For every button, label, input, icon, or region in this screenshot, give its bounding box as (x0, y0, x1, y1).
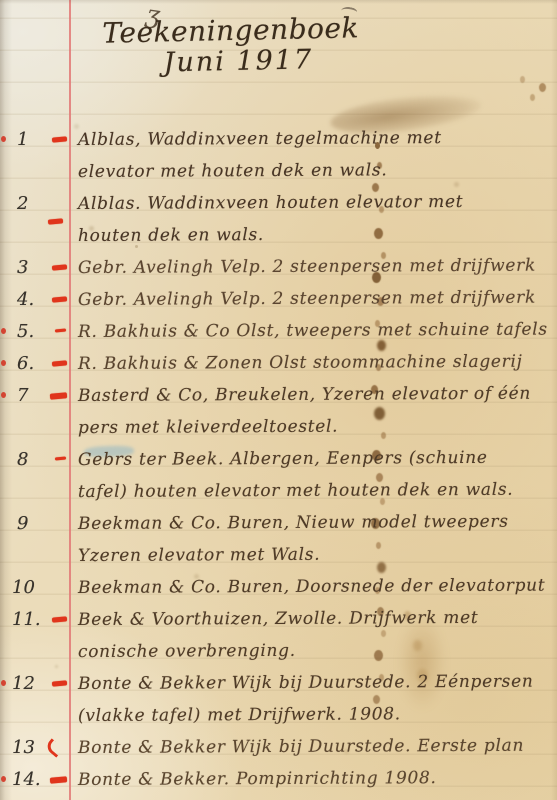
entry-text: R. Bakhuis & Co Olst, tweepers met schui… (78, 316, 553, 348)
entry-line: Beek & Voorthuizen, Zwolle. Drijfwerk me… (78, 602, 553, 636)
red-tick-mark-icon (48, 218, 63, 224)
entry-number-column: 4. (0, 284, 78, 316)
entry-text: R. Bakhuis & Zonen Olst stoommachine sla… (78, 348, 553, 380)
entry-number: 10 (0, 572, 78, 604)
entry-text: Beekman & Co. Buren, Doorsnede der eleva… (78, 572, 553, 604)
ledger-entry: 12 Bonte & Bekker Wijk bij Duurstede. 2 … (0, 668, 553, 732)
entry-line: Bonte & Bekker Wijk bij Duurstede. 2 Eén… (78, 666, 553, 700)
entry-text: Alblas. Waddinxveen houten elevator meth… (78, 188, 553, 252)
ledger-entry: 9 Beekman & Co. Buren, Nieuw model tweep… (0, 508, 553, 572)
entry-line: houten dek en wals. (78, 218, 553, 252)
entry-text: Beek & Voorthuizen, Zwolle. Drijfwerk me… (78, 604, 553, 668)
entry-text: Basterd & Co, Breukelen, Yzeren elevator… (78, 380, 553, 444)
red-edge-dot-icon (1, 328, 6, 334)
ledger-entry: 3 Gebr. Avelingh Velp. 2 steenpersen met… (0, 252, 553, 284)
ledger-entry: 11. Beek & Voorthuizen, Zwolle. Drijfwer… (0, 604, 553, 668)
red-edge-dot-icon (1, 136, 6, 142)
page-title: Teekeningenboek (87, 11, 374, 50)
entry-line: elevator met houten dek en wals. (78, 154, 553, 188)
ledger-entry: 8 Gebrs ter Beek. Albergen, Eenpers (sch… (0, 444, 553, 508)
entry-line: Gebr. Avelingh Velp. 2 steenpersen met d… (78, 282, 553, 316)
entry-text: Bonte & Bekker. Pompinrichting 1908. (78, 764, 553, 796)
entry-line: pers met kleiverdeeltoestel. (78, 410, 553, 444)
entry-text: Alblas, Waddinxveen tegelmachine metelev… (78, 124, 553, 188)
entry-line: Basterd & Co, Breukelen, Yzeren elevator… (78, 378, 553, 412)
title-block: Teekeningenboek Juni 1917 (87, 11, 374, 80)
entries-list: 1 Alblas, Waddinxveen tegelmachine metel… (0, 124, 553, 796)
entry-line: Alblas. Waddinxveen houten elevator met (78, 186, 553, 220)
entry-number: 9 (0, 508, 78, 540)
entry-text: Bonte & Bekker Wijk bij Duurstede. Eerst… (78, 732, 553, 764)
ledger-entry: 2 Alblas. Waddinxveen houten elevator me… (0, 188, 553, 252)
entry-line: Gebrs ter Beek. Albergen, Eenpers (schui… (78, 442, 553, 476)
entry-number-column: 11. (0, 604, 78, 636)
entry-text: Beekman & Co. Buren, Nieuw model tweeper… (78, 508, 553, 572)
entry-number-column: 6. (0, 348, 78, 380)
entry-line: Gebr. Avelingh Velp. 2 steenpersen met d… (78, 250, 553, 284)
entry-line: Beekman & Co. Buren, Nieuw model tweeper… (78, 506, 553, 540)
entry-number-column: 7 (0, 380, 78, 412)
entry-line: tafel) houten elevator met houten dek en… (78, 474, 553, 508)
ledger-entry: 5. R. Bakhuis & Co Olst, tweepers met sc… (0, 316, 553, 348)
ledger-entry: 6. R. Bakhuis & Zonen Olst stoommachine … (0, 348, 553, 380)
red-edge-dot-icon (1, 360, 6, 366)
entry-number: 5. (0, 316, 78, 348)
entry-number-column: 3 (0, 252, 78, 284)
ledger-entry: 7 Basterd & Co, Breukelen, Yzeren elevat… (0, 380, 553, 444)
ledger-entry: 13 Bonte & Bekker Wijk bij Duurstede. Ee… (0, 732, 553, 764)
entry-number-column: 9 (0, 508, 78, 540)
entry-line: Yzeren elevator met Wals. (78, 538, 553, 572)
entry-line: conische overbrenging. (78, 634, 553, 668)
ledger-entry: 1 Alblas, Waddinxveen tegelmachine metel… (0, 124, 553, 188)
red-edge-dot-icon (1, 392, 6, 398)
entry-line: R. Bakhuis & Zonen Olst stoommachine sla… (78, 346, 553, 380)
entry-number: 8 (0, 444, 78, 476)
entry-number: 13 (0, 732, 78, 764)
entry-line: (vlakke tafel) met Drijfwerk. 1908. (78, 698, 553, 732)
entry-number-column: 5. (0, 316, 78, 348)
entry-number-column: 2 (0, 188, 78, 220)
entry-line: Bonte & Bekker Wijk bij Duurstede. Eerst… (78, 730, 553, 764)
ledger-entry: 4. Gebr. Avelingh Velp. 2 steenpersen me… (0, 284, 553, 316)
entry-line: Beekman & Co. Buren, Doorsnede der eleva… (78, 570, 553, 604)
entry-number-column: 13 (0, 732, 78, 764)
entry-line: R. Bakhuis & Co Olst, tweepers met schui… (78, 314, 553, 348)
entry-number-column: 12 (0, 668, 78, 700)
entry-text: Gebrs ter Beek. Albergen, Eenpers (schui… (78, 444, 553, 508)
entry-line: Bonte & Bekker. Pompinrichting 1908. (78, 762, 553, 796)
entry-text: Gebr. Avelingh Velp. 2 steenpersen met d… (78, 252, 553, 284)
entry-number-column: 14. (0, 764, 78, 796)
entry-number: 2 (0, 188, 78, 220)
ledger-entry: 14. Bonte & Bekker. Pompinrichting 1908. (0, 764, 553, 796)
ledger-page: ʒ Teekeningenboek Juni 1917 1 Alblas, Wa… (0, 0, 557, 800)
entry-line: Alblas, Waddinxveen tegelmachine met (78, 122, 553, 156)
red-edge-dot-icon (1, 776, 6, 782)
ledger-entry: 10 Beekman & Co. Buren, Doorsnede der el… (0, 572, 553, 604)
red-edge-dot-icon (1, 680, 6, 686)
entry-number-column: 8 (0, 444, 78, 476)
entry-text: Bonte & Bekker Wijk bij Duurstede. 2 Eén… (78, 668, 553, 732)
entry-number-column: 10 (0, 572, 78, 604)
entry-number-column: 1 (0, 124, 78, 156)
entry-text: Gebr. Avelingh Velp. 2 steenpersen met d… (78, 284, 553, 316)
